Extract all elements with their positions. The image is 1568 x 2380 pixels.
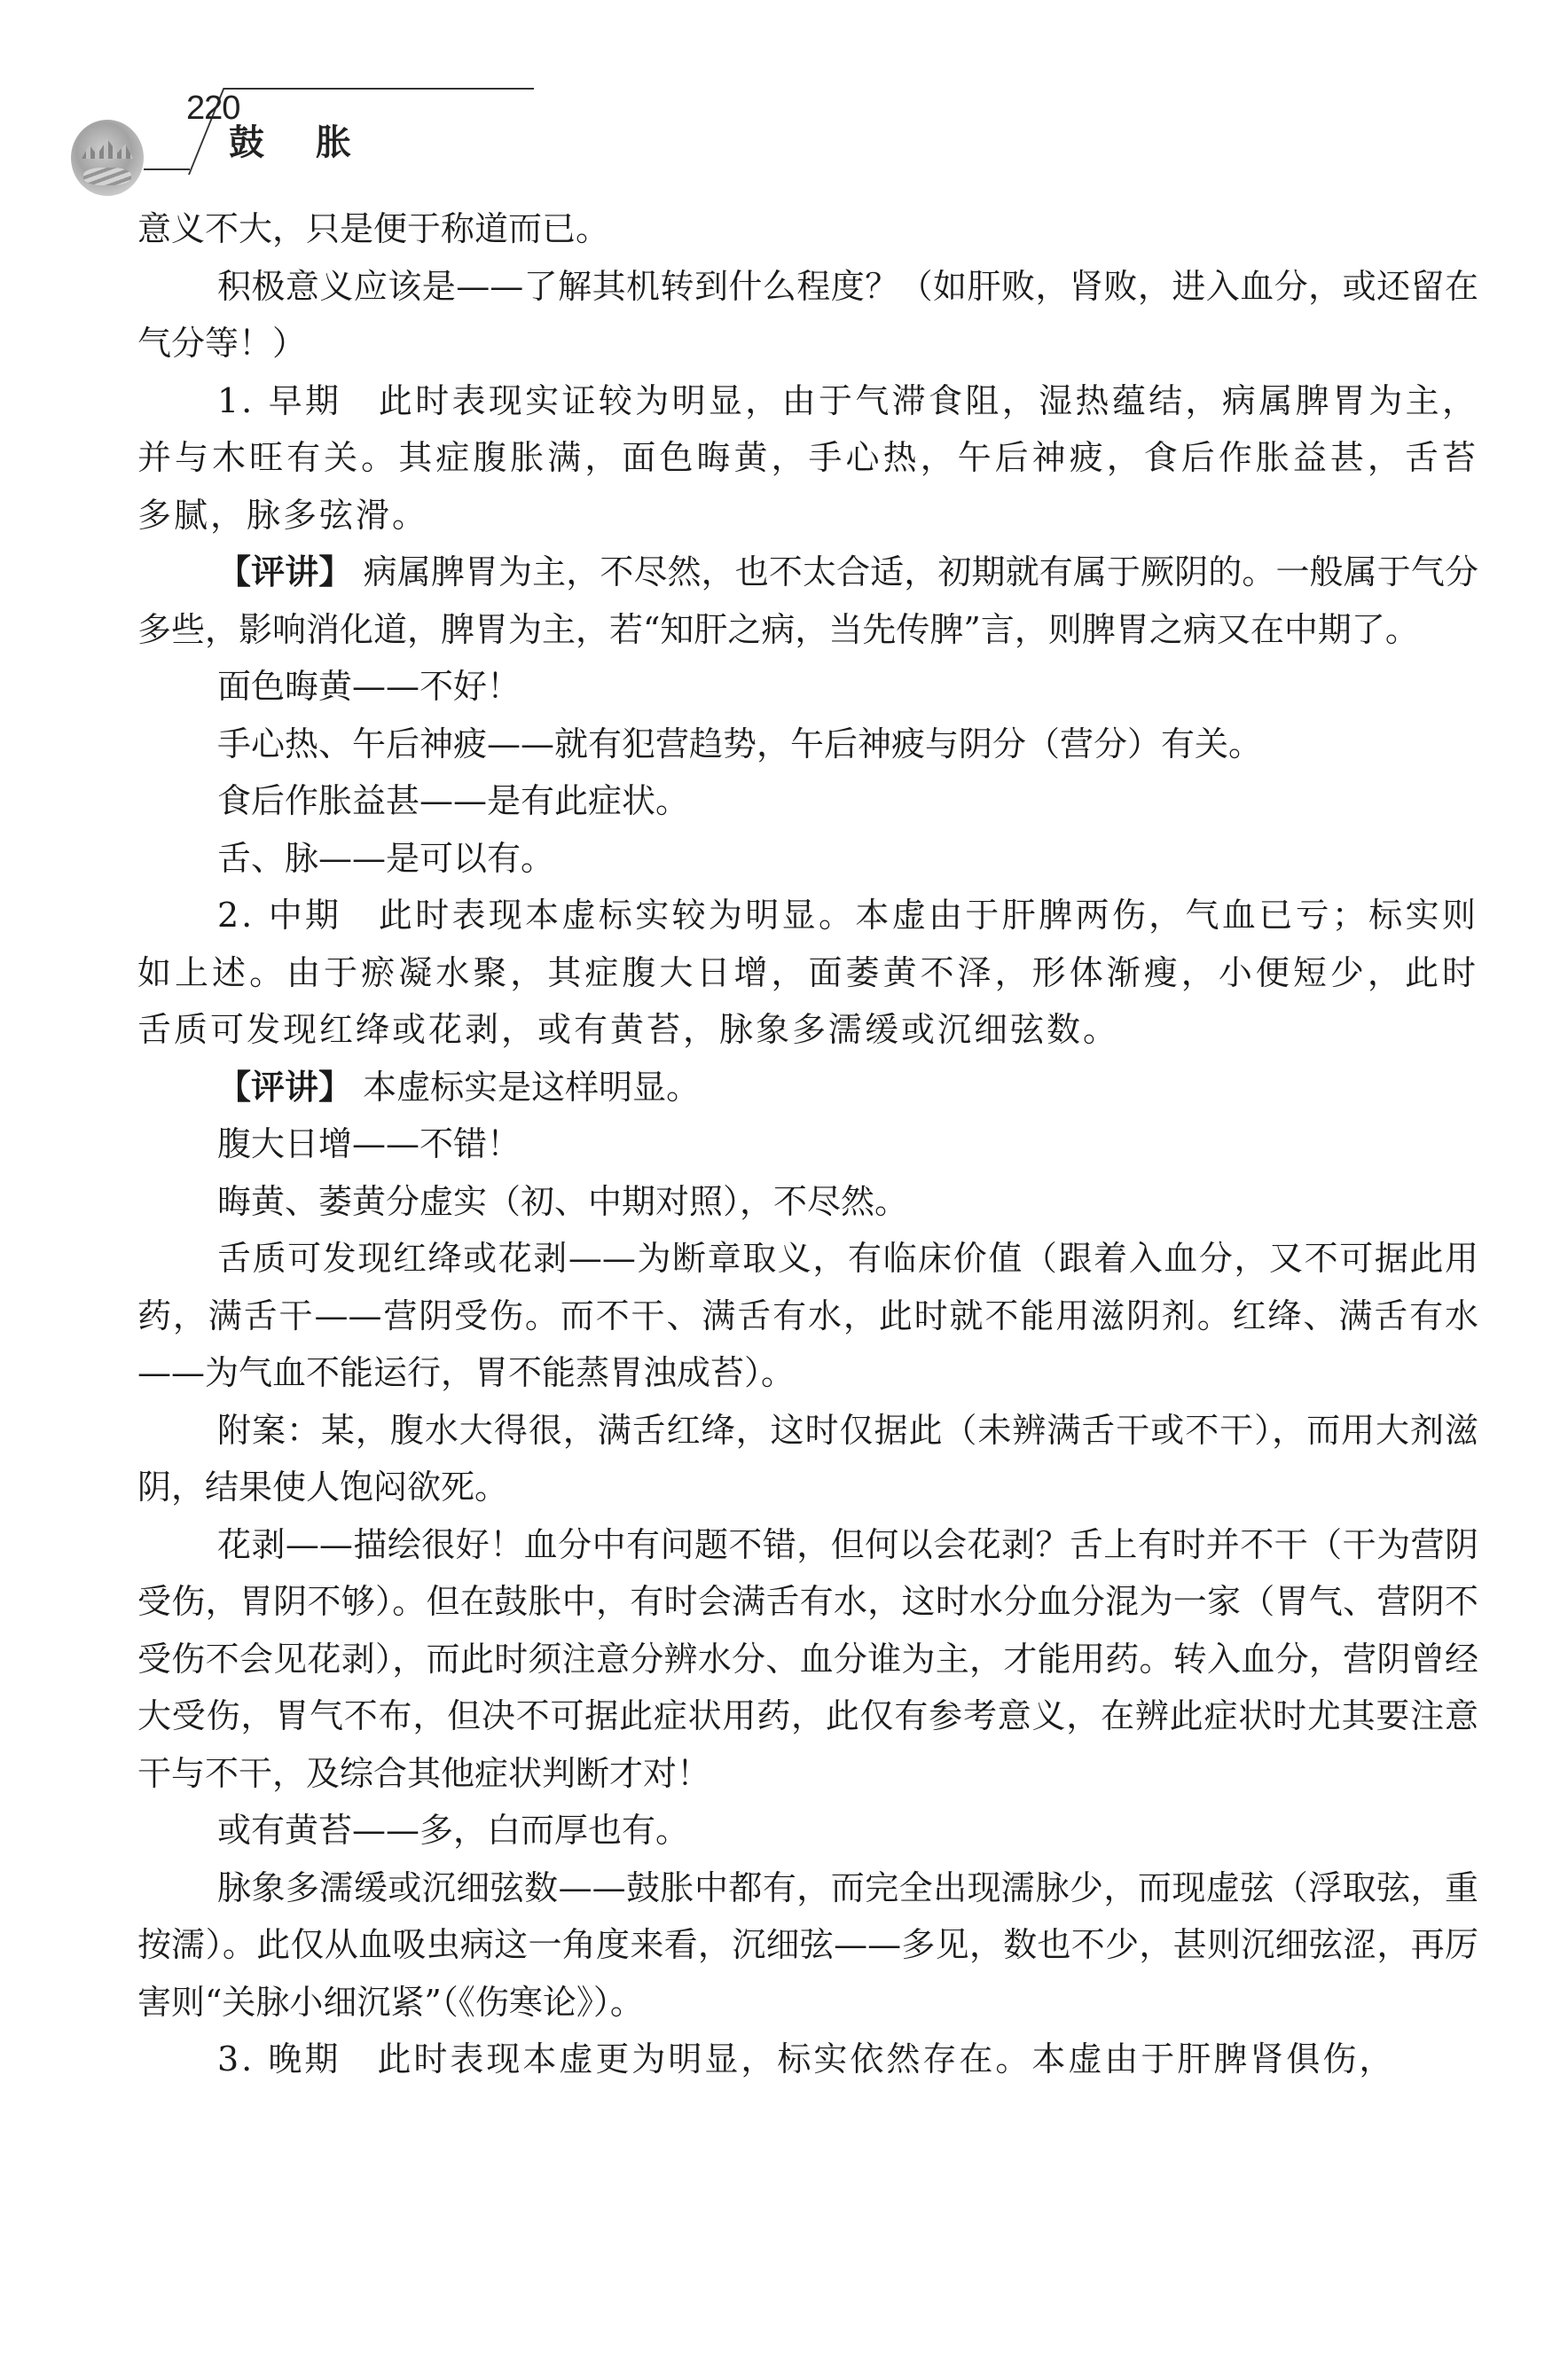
paragraph: 腹大日增——不错！ [137,1116,1478,1173]
header-rule [144,168,190,170]
paragraph-text: 晦黄、萎黄分虚实（初、中期对照），不尽然。 [217,1182,908,1221]
paragraph-text: 或有黄苔——多，白而厚也有。 [217,1811,689,1850]
paragraph: 或有黄苔——多，白而厚也有。 [137,1802,1478,1859]
paragraph-text: 花剥——描绘很好！血分中有问题不错，但何以会花剥？舌上有时并不干（干为营阴受伤，… [137,1525,1478,1793]
commentary-tag: 【评讲】 [217,1067,352,1107]
paragraph: 意义不大，只是便于称道而已。 [137,200,1478,258]
paragraph: 晦黄、萎黄分虚实（初、中期对照），不尽然。 [137,1173,1478,1231]
landscape-emblem-icon [71,120,144,196]
paragraph: 手心热、午后神疲——就有犯营趋势，午后神疲与阴分（营分）有关。 [137,716,1478,773]
paragraph: 面色晦黄——不好！ [137,658,1478,716]
paragraph: 花剥——描绘很好！血分中有问题不错，但何以会花剥？舌上有时并不干（干为营阴受伤，… [137,1516,1478,1803]
paragraph-text: 附案：某，腹水大得很，满舌红绛，这时仅据此（未辨满舌干或不干），而用大剂滋阴，结… [137,1411,1478,1507]
paragraph: 积极意义应该是——了解其机转到什么程度？（如肝败，肾败，进入血分，或还留在气分等… [137,258,1478,372]
page-body: 意义不大，只是便于称道而已。 积极意义应该是——了解其机转到什么程度？（如肝败，… [137,200,1478,2088]
commentary-paragraph: 【评讲】 病属脾胃为主，不尽然，也不太合适，初期就有属于厥阴的。一般属于气分多些… [137,544,1478,658]
case-note-paragraph: 附案：某，腹水大得很，满舌红绛，这时仅据此（未辨满舌干或不干），而用大剂滋阴，结… [137,1402,1478,1516]
header-rule-top [223,88,534,90]
stage-middle-paragraph: 2. 中期 此时表现本虚标实较为明显。本虚由于肝脾两伤，气血已亏；标实则如上述。… [137,887,1478,1059]
page-header: 220 鼓胀 [35,84,532,182]
paragraph: 食后作胀益甚——是有此症状。 [137,772,1478,830]
paragraph: 脉象多濡缓或沉细弦数——鼓胀中都有，而完全出现濡脉少，而现虚弦（浮取弦，重按濡）… [137,1859,1478,2032]
paragraph-text: 食后作胀益甚——是有此症状。 [217,781,689,820]
commentary-tag: 【评讲】 [217,552,352,591]
paragraph-text: 2. 中期 此时表现本虚标实较为明显。本虚由于肝脾两伤，气血已亏；标实则如上述。… [137,896,1478,1049]
paragraph-text: 腹大日增——不错！ [217,1124,521,1163]
paragraph-text: 1. 早期 此时表现实证较为明显，由于气滞食阻，湿热蕴结，病属脾胃为主，并与木旺… [137,381,1478,535]
paragraph-text: 面色晦黄——不好！ [217,667,521,706]
stage-late-paragraph: 3. 晚期 此时表现本虚更为明显，标实依然存在。本虚由于肝脾肾俱伤， [137,2031,1478,2088]
paragraph-text: 3. 晚期 此时表现本虚更为明显，标实依然存在。本虚由于肝脾肾俱伤， [217,2039,1395,2079]
running-title: 鼓胀 [229,114,403,165]
commentary-paragraph: 【评讲】 本虚标实是这样明显。 [137,1059,1478,1116]
paragraph-text: 舌、脉——是可以有。 [217,839,554,878]
paragraph-text: 脉象多濡缓或沉细弦数——鼓胀中都有，而完全出现濡脉少，而现虚弦（浮取弦，重按濡）… [137,1868,1478,2022]
paragraph-text: 意义不大，只是便于称道而已。 [137,209,609,248]
paragraph-text: 舌质可发现红绛或花剥——为断章取义，有临床价值（跟着入血分，又不可据此用药，满舌… [137,1239,1478,1392]
paragraph-text: 手心热、午后神疲——就有犯营趋势，午后神疲与阴分（营分）有关。 [217,724,1262,763]
paragraph: 舌质可发现红绛或花剥——为断章取义，有临床价值（跟着入血分，又不可据此用药，满舌… [137,1230,1478,1402]
paragraph-text: 本虚标实是这样明显。 [352,1068,700,1107]
paragraph: 舌、脉——是可以有。 [137,830,1478,888]
paragraph-text: 积极意义应该是——了解其机转到什么程度？（如肝败，肾败，进入血分，或还留在气分等… [137,267,1478,364]
stage-early-paragraph: 1. 早期 此时表现实证较为明显，由于气滞食阻，湿热蕴结，病属脾胃为主，并与木旺… [137,372,1478,544]
